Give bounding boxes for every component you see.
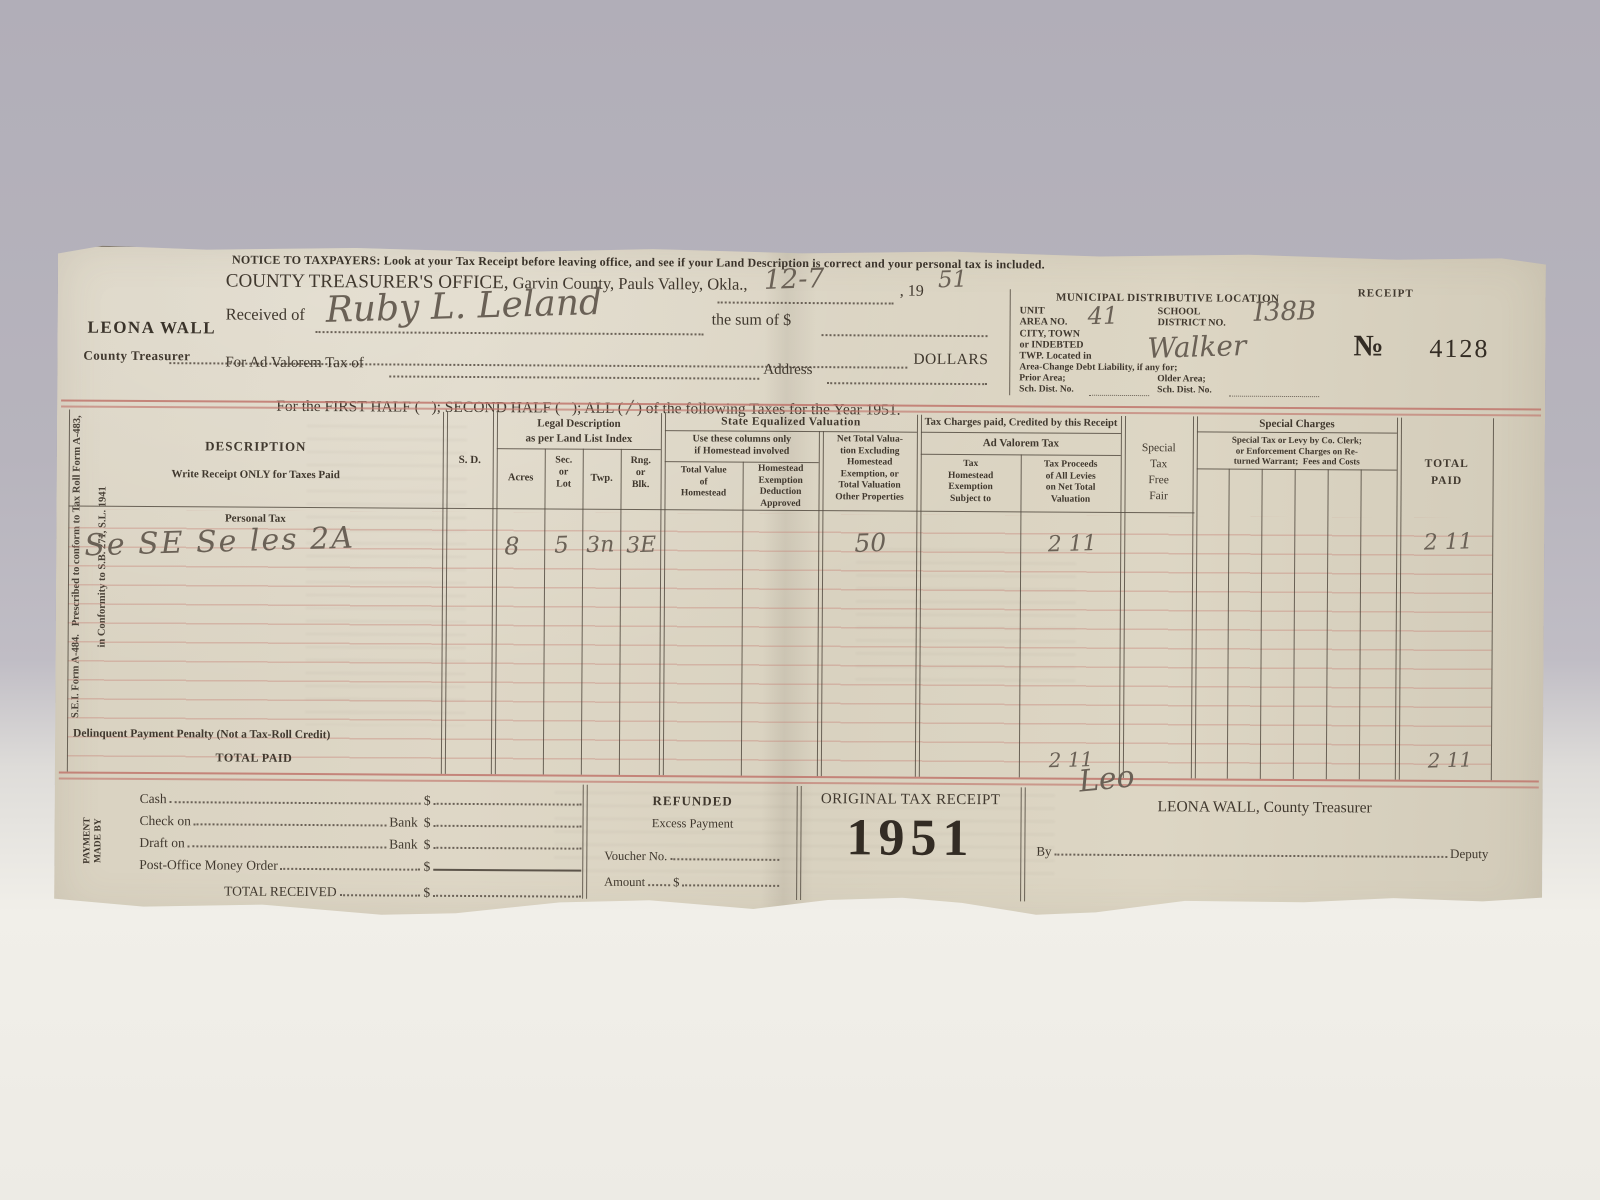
payment-label: Cash	[140, 791, 167, 807]
dollars-label: DOLLARS	[913, 351, 988, 369]
handwritten-grand-total-paid: 2 11	[1410, 747, 1491, 773]
payment-row-cash: Cash$	[140, 789, 582, 810]
handwritten-signature: Leo	[1077, 759, 1136, 799]
sum-label: the sum of $	[712, 311, 792, 329]
handwritten-township: Walker	[1147, 329, 1247, 365]
col-description-title: DESCRIPTION	[69, 438, 443, 456]
handwritten-net-valuation: 50	[828, 527, 913, 558]
handwritten-tax-proceeds: 2 11	[1028, 530, 1117, 558]
leader-line	[188, 833, 386, 848]
col-homestead-exemption: Homestead Exemption Deduction Approved	[742, 464, 818, 510]
dollar-sign: $	[424, 793, 431, 809]
col-total-value-homestead: Total Value of Homestead	[665, 465, 743, 500]
col-description-sub: Write Receipt ONLY for Taxes Paid	[69, 468, 443, 482]
sev-note: Use these columns only if Homestead invo…	[665, 433, 819, 458]
leader-line	[433, 857, 581, 872]
sch-dist-line-1	[1089, 395, 1149, 396]
col-tax-homestead: Tax Homestead Exemption Subject to	[920, 459, 1020, 506]
leader-line	[170, 789, 421, 805]
payment-label: Draft on	[139, 835, 184, 851]
dollar-sign: $	[673, 875, 679, 890]
receipt-number-sign: №	[1353, 329, 1383, 363]
received-of-label: Received of	[226, 304, 305, 324]
township-underline	[58, 245, 264, 247]
area-change-label: Area-Change Debt Liability, if any for;	[1019, 362, 1177, 373]
voucher-label: Voucher No.	[604, 849, 667, 864]
receipt-year-big: 1951	[802, 808, 1018, 868]
payment-label: Check on	[139, 813, 190, 829]
leader-line	[434, 813, 582, 828]
treasurer-signature-line: LEONA WALL, County Treasurer	[1035, 797, 1495, 818]
col-twp: Twp.	[583, 473, 621, 484]
legal-description-title: Legal Description as per Land List Index	[497, 416, 661, 447]
dollar-sign: $	[423, 885, 430, 901]
handwritten-twp: 3n	[586, 532, 615, 558]
leader-line	[682, 872, 779, 887]
leader-line	[434, 791, 582, 806]
handwritten-total-paid: 2 11	[1408, 529, 1489, 556]
address-label: Address	[763, 362, 812, 379]
col-tax-proceeds: Tax Proceeds of All Levies on Net Total …	[1020, 459, 1120, 506]
payment-row-money-order: Post-Office Money Order$	[139, 855, 581, 876]
table-line	[1197, 431, 1397, 433]
leader-line	[340, 882, 421, 896]
handwritten-acres: 8	[504, 532, 520, 560]
treasurer-title: County Treasurer	[83, 348, 190, 365]
tax-receipt-document: S.E.I. Form A-484. Prescribed to conform…	[54, 243, 1546, 924]
bank-label: Bank	[389, 836, 418, 852]
date-line	[718, 301, 894, 304]
handwritten-date: 12-7	[763, 263, 825, 296]
by-label: By	[1036, 843, 1051, 859]
handwritten-unit-area: 41	[1087, 301, 1118, 330]
leader-line	[670, 846, 779, 861]
unit-underline	[58, 243, 130, 244]
col-sec-or-lot: Sec. or Lot	[545, 454, 583, 490]
all-checkmark: /	[627, 397, 633, 418]
special-charges-sub: Special Tax or Levy by Co. Clerk; or Enf…	[1198, 434, 1396, 467]
delinquent-penalty-label: Delinquent Payment Penalty (Not a Tax-Ro…	[73, 728, 330, 742]
excess-payment-label: Excess Payment	[591, 816, 793, 832]
original-receipt-title: ORIGINAL TAX RECEIPT	[803, 791, 1019, 809]
sum-line	[822, 334, 988, 337]
payment-label: Post-Office Money Order	[139, 857, 278, 874]
prior-area-label: Prior Area;	[1019, 373, 1065, 383]
handwritten-sec: 5	[554, 532, 569, 558]
treasurer-name: LEONA WALL	[87, 318, 216, 339]
handwritten-payer-name: Ruby L. Leland	[325, 282, 602, 331]
col-special-tax-free-fair: Special Tax Free Fair	[1124, 440, 1192, 504]
city-label-2: or INDEBTED	[1019, 339, 1083, 350]
payment-row-check: Check onBank$	[139, 811, 581, 832]
ad-valorem-label: For Ad Valorem Tax of	[225, 354, 363, 372]
sch-dist-line-2	[1229, 396, 1319, 398]
payment-row-total-received: TOTAL RECEIVED$	[224, 881, 581, 901]
leader-line	[433, 883, 581, 898]
handwritten-rng: 3E	[626, 533, 657, 559]
receipt-label: RECEIPT	[1358, 287, 1414, 299]
table-line	[497, 448, 661, 450]
col-rng-or-blk: Rng. or Blk.	[621, 455, 661, 491]
ad-valorem-title: Ad Valorem Tax	[921, 437, 1121, 450]
col-total-paid: TOTAL PAID	[1401, 456, 1493, 491]
school-underline	[58, 244, 130, 245]
payer-line	[316, 331, 704, 335]
table-line	[921, 432, 1121, 434]
school-label-2: DISTRICT NO.	[1158, 317, 1226, 328]
deputy-row: ByDeputy	[1036, 841, 1488, 862]
photo-scene: S.E.I. Form A-484. Prescribed to conform…	[0, 0, 1600, 1200]
city-label-1: CITY, TOWN	[1019, 328, 1079, 339]
sev-title: State Equalized Valuation	[665, 415, 917, 429]
col-acres: Acres	[497, 472, 545, 483]
sch-dist-label-2: Sch. Dist. No.	[1157, 385, 1212, 395]
amount-row: Amount$	[604, 872, 782, 891]
dollar-sign: $	[424, 815, 431, 831]
older-area-label: Older Area;	[1157, 374, 1206, 384]
school-label-1: SCHOOL	[1158, 306, 1201, 317]
leader-line	[648, 872, 670, 886]
sch-dist-label-1: Sch. Dist. No.	[1019, 384, 1074, 394]
leader-line	[281, 856, 421, 871]
payment-row-draft: Draft onBank$	[139, 833, 581, 854]
bank-label: Bank	[389, 814, 418, 830]
handwritten-school-district: I38B	[1253, 296, 1316, 328]
col-sd: S. D.	[445, 454, 495, 466]
leader-line	[1055, 842, 1448, 858]
municipal-box-border	[1009, 289, 1011, 395]
unit-label-2: AREA NO.	[1020, 316, 1068, 327]
special-charges-title: Special Charges	[1197, 417, 1397, 430]
table-line	[1197, 468, 1397, 470]
receipt-number: 4128	[1429, 334, 1489, 364]
col-net-total-valuation: Net Total Valua- tion Excluding Homestea…	[822, 434, 916, 504]
voucher-row: Voucher No.	[604, 846, 782, 865]
dollar-sign: $	[423, 859, 430, 875]
handwritten-year: 51	[937, 267, 967, 294]
dollar-sign: $	[424, 837, 431, 853]
notice-to-taxpayers: NOTICE TO TAXPAYERS: Look at your Tax Re…	[166, 252, 1111, 273]
deputy-label: Deputy	[1450, 846, 1488, 862]
refunded-title: REFUNDED	[592, 793, 794, 810]
payment-made-by-label: PAYMENT MADE BY	[82, 786, 109, 896]
unit-label-1: UNIT	[1020, 305, 1045, 316]
city-label-3: TWP. Located in	[1019, 350, 1091, 361]
tax-charges-title: Tax Charges paid, Credited by this Recei…	[921, 417, 1121, 429]
payment-label: TOTAL RECEIVED	[224, 883, 337, 900]
amount-label: Amount	[604, 875, 645, 890]
leader-line	[194, 811, 386, 826]
leader-line	[433, 835, 581, 850]
total-paid-row-label: TOTAL PAID	[67, 750, 441, 767]
year-printed: , 19	[900, 283, 924, 301]
